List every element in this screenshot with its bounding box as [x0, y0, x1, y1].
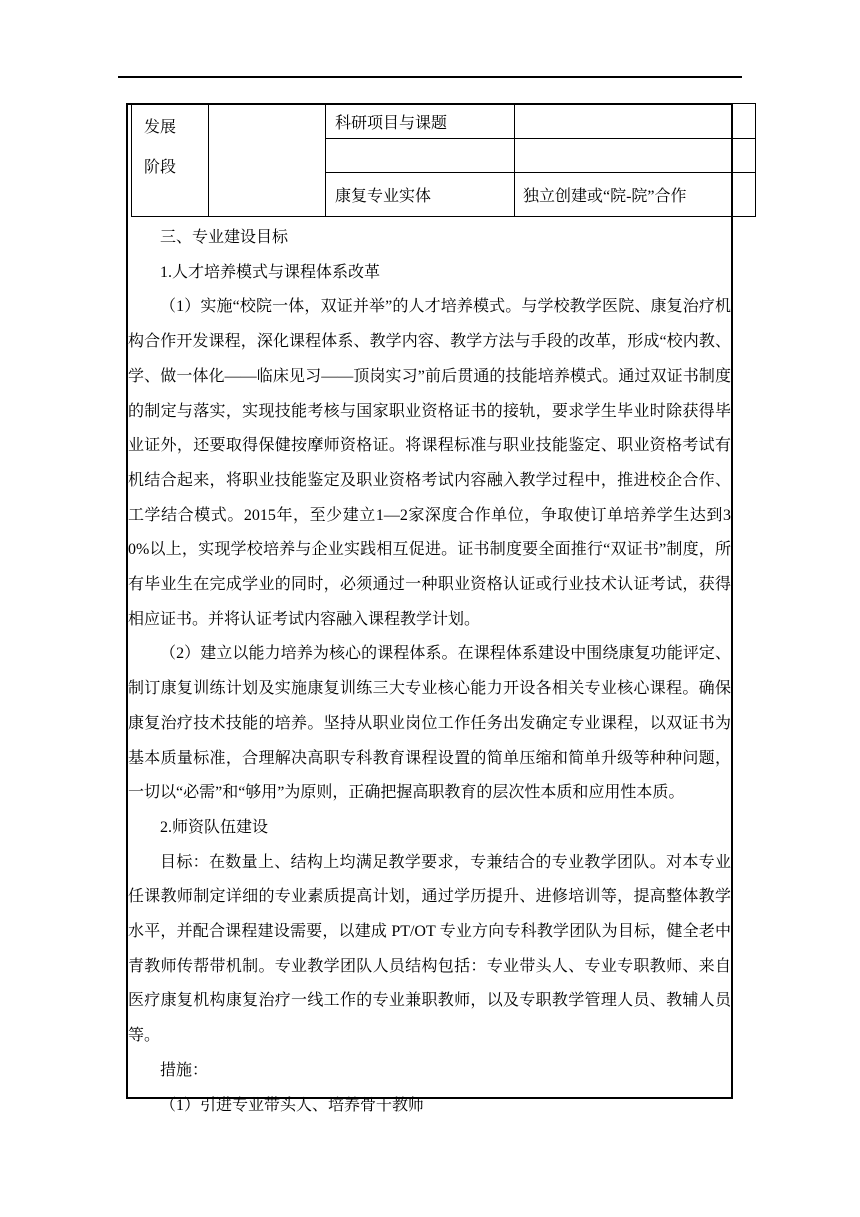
development-stage-table: 发展 阶段 科研项目与课题 康复专业实体 独立创建或“院-院”合作: [131, 103, 756, 217]
header-rule: [118, 76, 742, 78]
table-cell-label: 科研项目与课题: [326, 104, 515, 139]
paragraph-faculty-goal: 目标：在数量上、结构上均满足教学要求，专兼结合的专业教学团队。对本专业任课教师制…: [128, 846, 731, 1054]
table-cell-empty-column: [209, 104, 326, 217]
measures-label: 措施：: [128, 1054, 731, 1089]
subsection-heading-1: 1.人才培养模式与课程体系改革: [128, 256, 731, 291]
subsection-heading-2: 2.师资队伍建设: [128, 811, 731, 846]
table-cell-label: 康复专业实体: [326, 173, 515, 217]
stage-header-line2: 阶段: [144, 159, 176, 176]
table-cell-value: [515, 104, 756, 139]
paragraph-talent-model: （1）实施“校院一体，双证并举”的人才培养模式。与学校教学医院、康复治疗机构合作…: [128, 290, 731, 637]
document-page: 发展 阶段 科研项目与课题 康复专业实体 独立创建或“院-院”合作 三、专业建设…: [0, 0, 860, 1217]
table-cell-label: [326, 139, 515, 173]
table-cell-stage-header: 发展 阶段: [132, 104, 209, 217]
table-cell-value: [515, 139, 756, 173]
stage-header-line1: 发展: [144, 119, 176, 136]
measure-item-1: （1）引进专业带头人、培养骨干教师: [128, 1089, 731, 1124]
section-body: 三、专业建设目标 1.人才培养模式与课程体系改革 （1）实施“校院一体，双证并举…: [128, 221, 731, 1123]
section-heading: 三、专业建设目标: [128, 221, 731, 256]
table-cell-value: 独立创建或“院-院”合作: [515, 173, 756, 217]
paragraph-curriculum-system: （2）建立以能力培养为核心的课程体系。在课程体系建设中围绕康复功能评定、制订康复…: [128, 637, 731, 811]
